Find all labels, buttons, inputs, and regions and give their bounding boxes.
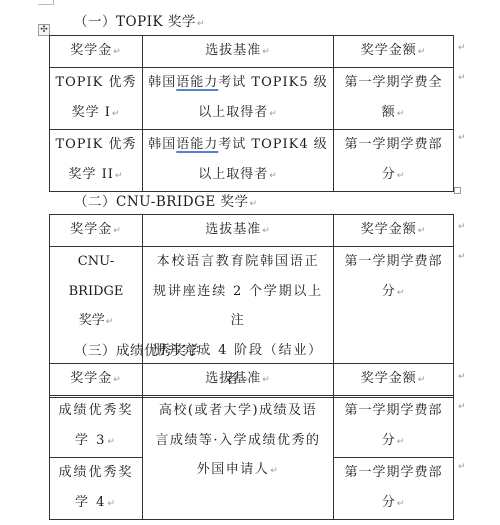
spellcheck-underline: 语能力 — [176, 137, 218, 152]
topik-scholarship-table: 奖学金↵ 选拔基准↵ 奖学金额↵ TOPIK 优秀奖学 I↵ 韩国语能力考试 T… — [49, 35, 454, 192]
page-margin-corner-mark — [38, 0, 54, 5]
row-end-mark-icon: ↵ — [458, 133, 466, 143]
paragraph-mark-icon: ↵ — [201, 348, 209, 358]
scholarship-name-cell: 成绩优秀奖学 4↵ — [50, 458, 143, 520]
table-header-row: 奖学金↵ 选拔基准↵ 奖学金额↵ — [50, 215, 454, 247]
amount-cell: 第一学期学费部分↵ — [334, 396, 454, 458]
header-cell-criteria: 选拔基准↵ — [143, 364, 334, 396]
table-header-row: 奖学金↵ 选拔基准↵ 奖学金额↵ — [50, 364, 454, 396]
row-end-mark-icon: ↵ — [458, 462, 466, 472]
header-cell-criteria: 选拔基准↵ — [143, 36, 334, 68]
paragraph-mark-icon: ↵ — [250, 199, 258, 209]
section-heading-topik: （一）TOPIK 奖学↵ — [74, 10, 205, 30]
paragraph-mark-icon: ↵ — [197, 19, 205, 29]
section-heading-cnu-bridge: （二）CNU-BRIDGE 奖学↵ — [74, 190, 258, 210]
header-cell-scholarship: 奖学金↵ — [50, 215, 143, 247]
table-resize-handle[interactable] — [454, 187, 461, 194]
table-row: 成绩优秀奖学 3↵ 高校(或者大学)成绩及语言成绩等·入学成绩优秀的外国申请人↵… — [50, 396, 454, 458]
amount-cell: 第一学期学费部分↵ — [334, 458, 454, 520]
header-cell-scholarship: 奖学金↵ — [50, 36, 143, 68]
criteria-cell: 韩国语能力考试 TOPIK5 级以上取得者↵ — [143, 68, 334, 130]
header-cell-scholarship: 奖学金↵ — [50, 364, 143, 396]
criteria-cell: 韩国语能力考试 TOPIK4 级以上取得者↵ — [143, 130, 334, 192]
amount-cell: 第一学期学费全额↵ — [334, 68, 454, 130]
heading-text: （一）TOPIK 奖学 — [74, 14, 196, 30]
section-heading-academic-excellence: （三）成绩优秀奖学↵ — [74, 339, 209, 359]
amount-cell: 第一学期学费部分↵ — [334, 130, 454, 192]
academic-excellence-scholarship-table: 奖学金↵ 选拔基准↵ 奖学金额↵ 成绩优秀奖学 3↵ 高校(或者大学)成绩及语言… — [49, 363, 454, 520]
header-cell-amount: 奖学金额↵ — [334, 36, 454, 68]
row-end-mark-icon: ↵ — [458, 73, 466, 83]
criteria-cell-shared: 高校(或者大学)成绩及语言成绩等·入学成绩优秀的外国申请人↵ — [143, 396, 334, 520]
scholarship-name-cell: 成绩优秀奖学 3↵ — [50, 396, 143, 458]
table-row: TOPIK 优秀奖学 I↵ 韩国语能力考试 TOPIK5 级以上取得者↵ 第一学… — [50, 68, 454, 130]
header-cell-amount: 奖学金额↵ — [334, 215, 454, 247]
spellcheck-underline: 语能力 — [176, 75, 218, 90]
table-row: TOPIK 优秀奖学 II↵ 韩国语能力考试 TOPIK4 级以上取得者↵ 第一… — [50, 130, 454, 192]
row-end-mark-icon: ↵ — [458, 222, 466, 232]
row-end-mark-icon: ↵ — [458, 402, 466, 412]
scholarship-name-cell: TOPIK 优秀奖学 I↵ — [50, 68, 143, 130]
table-header-row: 奖学金↵ 选拔基准↵ 奖学金额↵ — [50, 36, 454, 68]
heading-text: （三）成绩优秀奖学 — [74, 343, 200, 359]
header-cell-amount: 奖学金额↵ — [334, 364, 454, 396]
header-cell-criteria: 选拔基准↵ — [143, 215, 334, 247]
scholarship-name-cell: TOPIK 优秀奖学 II↵ — [50, 130, 143, 192]
row-end-mark-icon: ↵ — [458, 43, 466, 53]
heading-text: （二）CNU-BRIDGE 奖学 — [74, 194, 249, 210]
row-end-mark-icon: ↵ — [458, 252, 466, 262]
row-end-mark-icon: ↵ — [458, 372, 466, 382]
